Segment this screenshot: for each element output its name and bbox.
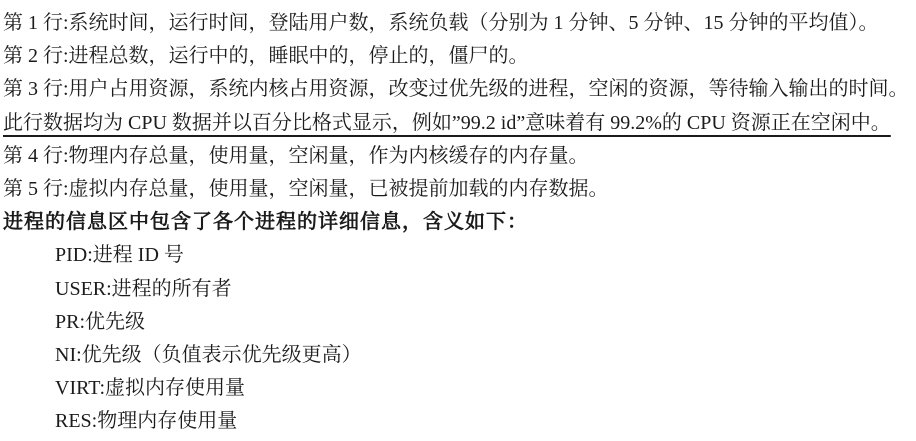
text-line-6: 第 5 行:虚拟内存总量，使用量，空闲量，已被提前加载的内存数据。 (3, 173, 914, 206)
text-line-8: PID:进程 ID 号 (3, 239, 914, 272)
text-line-1: 第 1 行:系统时间，运行时间，登陆用户数，系统负载（分别为 1 分钟、5 分钟… (3, 7, 914, 40)
text-line-5: 第 4 行:物理内存总量，使用量，空闲量，作为内核缓存的内存量。 (3, 140, 914, 173)
document-page: 第 1 行:系统时间，运行时间，登陆用户数，系统负载（分别为 1 分钟、5 分钟… (0, 0, 916, 441)
text-line-10: PR:优先级 (3, 306, 914, 339)
text-line-12: VIRT:虚拟内存使用量 (3, 372, 914, 405)
text-line-9: USER:进程的所有者 (3, 273, 914, 306)
text-line-4: 此行数据均为 CPU 数据并以百分比格式显示，例如”99.2 id”意味着有 9… (3, 107, 914, 140)
text-line-11: NI:优先级（负值表示优先级更高） (3, 339, 914, 372)
text-line-3: 第 3 行:用户占用资源，系统内核占用资源，改变过优先级的进程，空闲的资源，等待… (3, 73, 914, 106)
text-line-7: 进程的信息区中包含了各个进程的详细信息，含义如下： (3, 206, 914, 239)
text-line-2: 第 2 行:进程总数，运行中的，睡眠中的，停止的，僵尸的。 (3, 40, 914, 73)
text-line-13: RES:物理内存使用量 (3, 405, 914, 438)
